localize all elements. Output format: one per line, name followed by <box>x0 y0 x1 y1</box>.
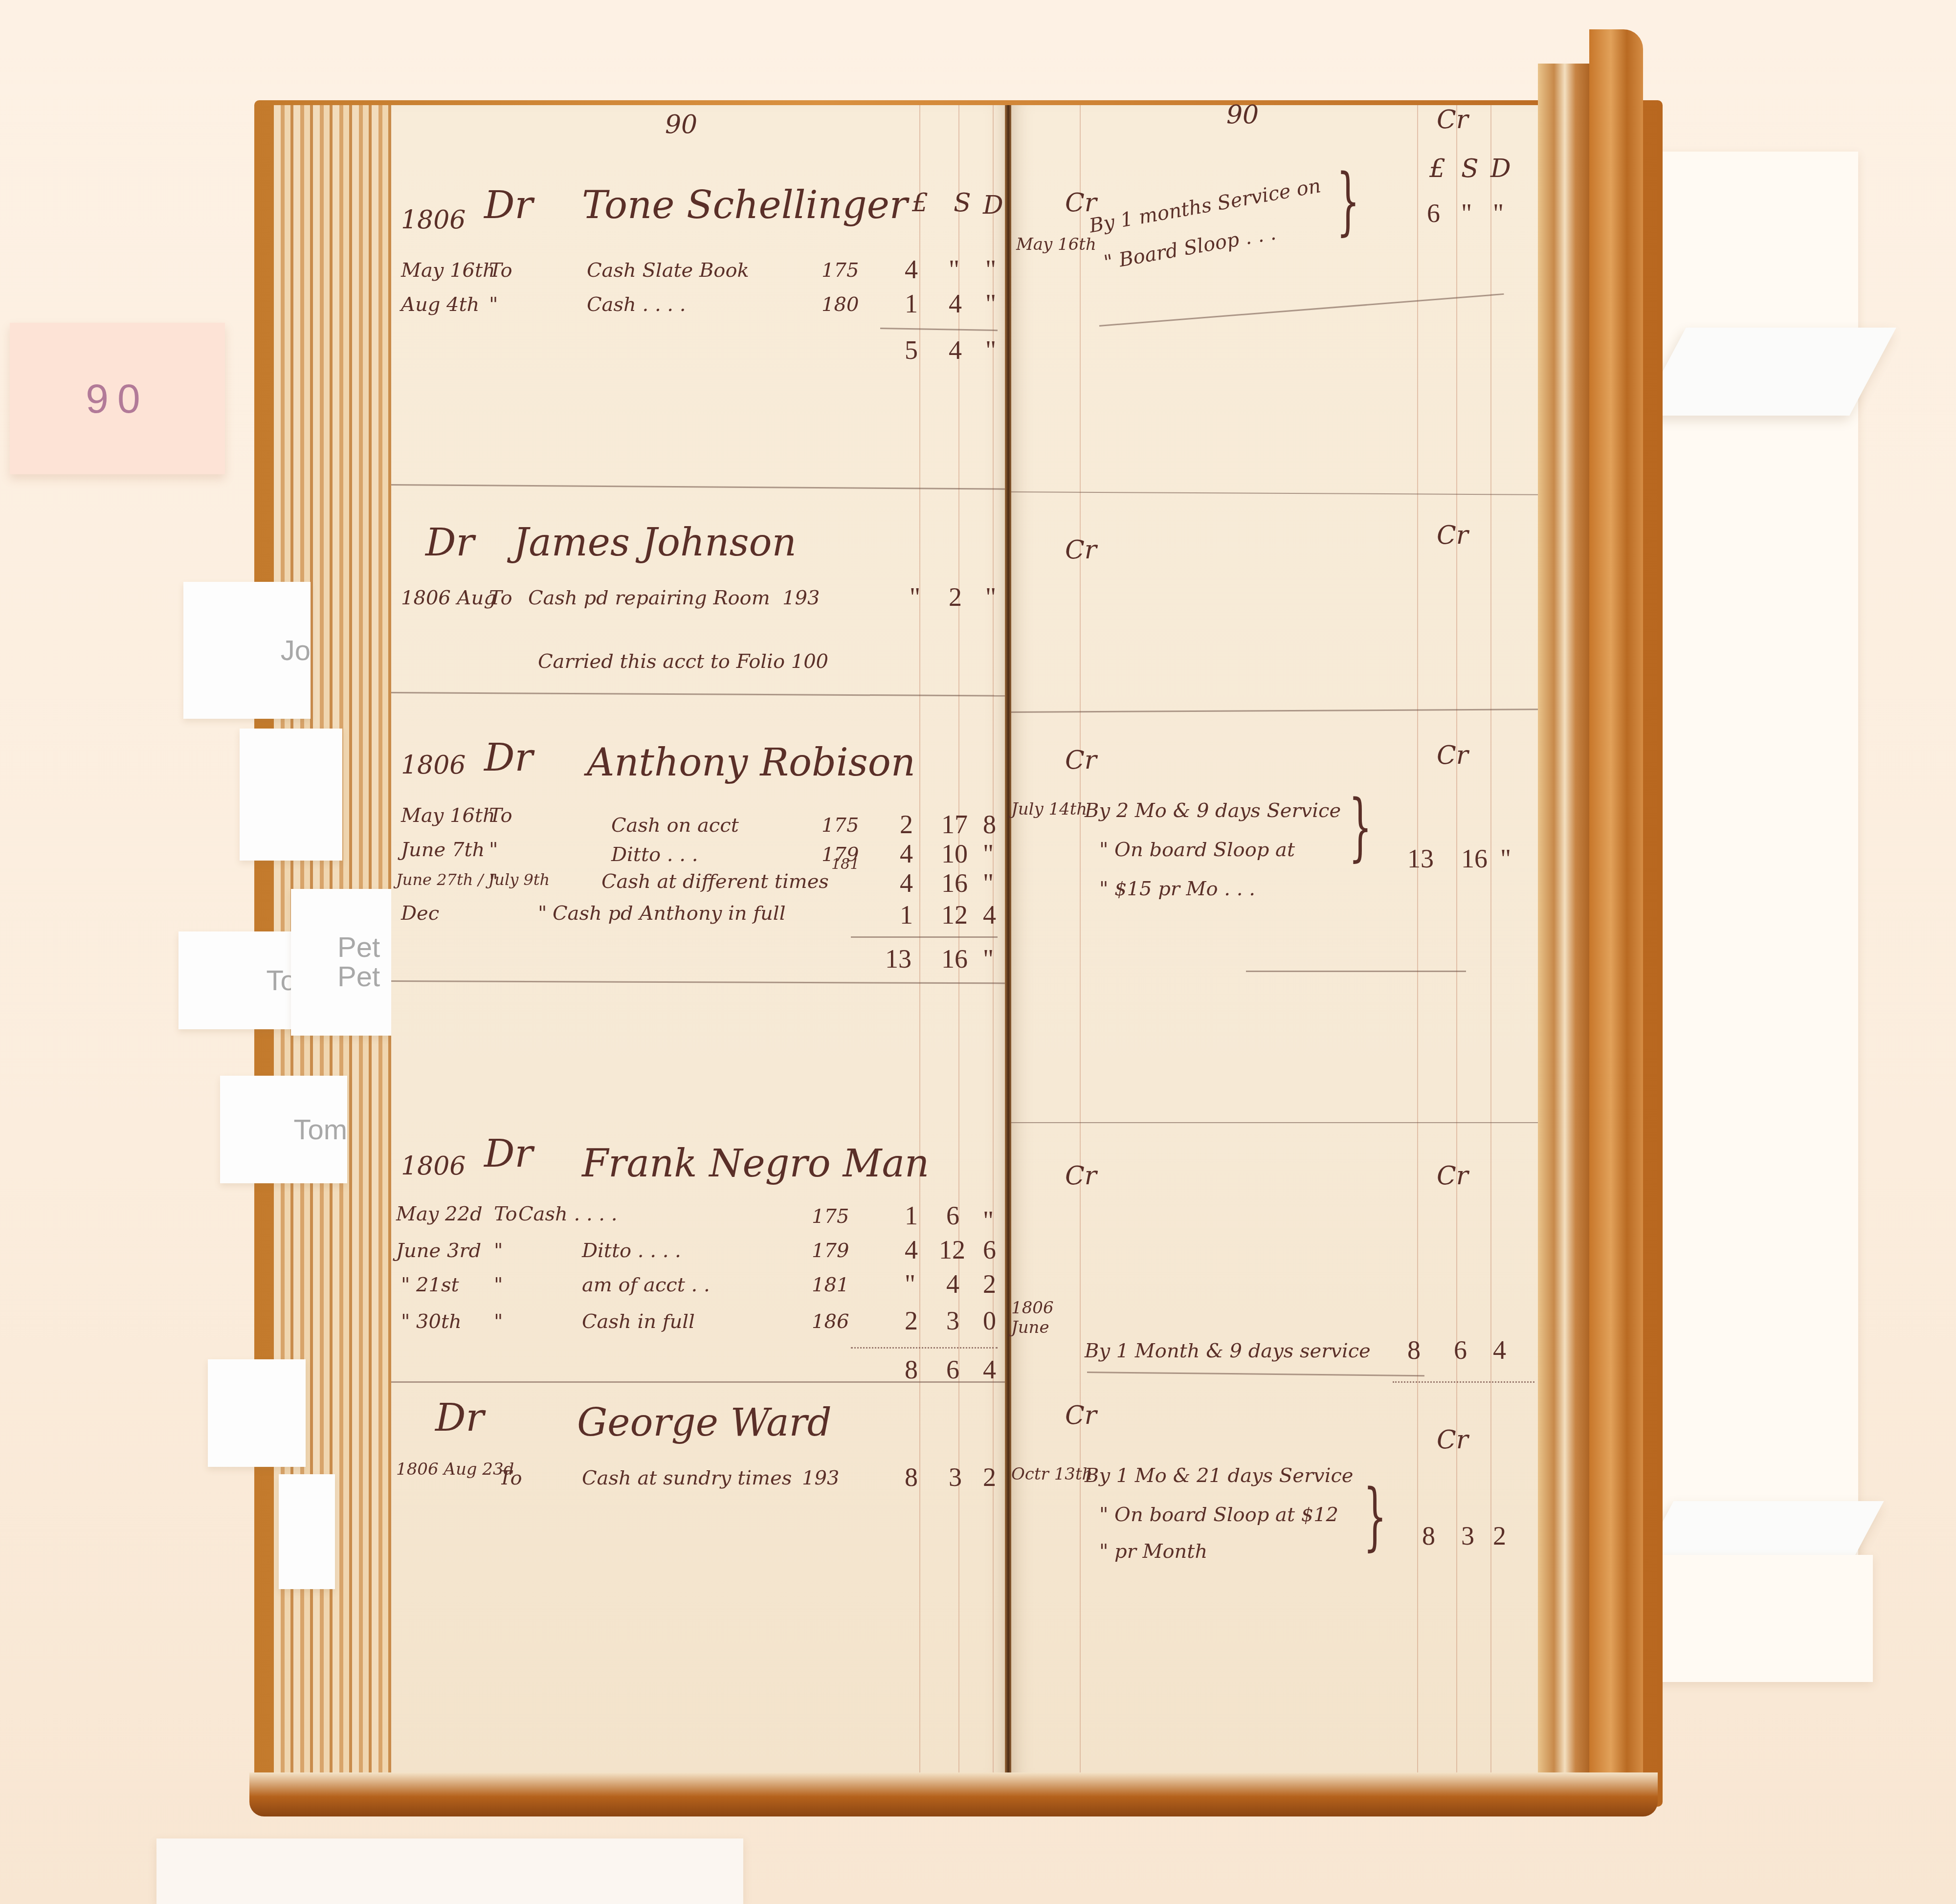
entry-pence: 4 <box>1493 1335 1506 1365</box>
brace: } <box>1336 159 1360 244</box>
entry-shillings: 12 <box>941 900 968 930</box>
entry-shillings: 6 <box>1454 1335 1467 1365</box>
entry-ref: " <box>494 1240 503 1262</box>
account-year: 1806 <box>401 205 466 235</box>
account-year: 1806 <box>401 1151 466 1181</box>
entry-folio: 181 <box>812 1274 849 1296</box>
entry-ref: " <box>489 870 498 893</box>
debit-label: Dr <box>484 183 533 227</box>
entry-description: Cash on acct <box>611 814 739 837</box>
account-separator <box>1087 1372 1424 1376</box>
entry-description-line: " On board Sloop at $12 <box>1099 1504 1338 1526</box>
book-gutter <box>1005 105 1012 1777</box>
entry-ref: To <box>499 1467 522 1489</box>
column-rule-shillings <box>1456 105 1457 1777</box>
entry-folio: 179 <box>812 1240 849 1262</box>
credit-label-left: Cr <box>1065 535 1097 565</box>
entry-shillings: " <box>949 254 959 285</box>
cradle-lower-panel <box>1628 1555 1873 1682</box>
total-rule <box>851 1347 998 1350</box>
book-bottom-edge <box>249 1772 1658 1816</box>
entry-date: " 30th <box>401 1310 462 1333</box>
header-pounds: £ <box>912 188 928 218</box>
ledger-page-right: 90 Cr Cr £ S D May 16th By 1 months Serv… <box>1011 105 1539 1777</box>
entry-shillings: " <box>1461 198 1472 228</box>
credit-label-left: Cr <box>1065 1401 1097 1430</box>
entry-shillings: 12 <box>939 1235 965 1265</box>
entry-pence: 2 <box>983 1462 996 1492</box>
ledger-page-left: 90 1806 Dr Tone Schellinger £ S D May 16… <box>391 105 1007 1777</box>
account-separator <box>391 980 1007 984</box>
entry-date: Dec <box>401 902 439 925</box>
entry-date: June 7th <box>401 839 485 861</box>
entry-pounds: 6 <box>1427 198 1440 228</box>
entry-pence: " <box>985 582 996 612</box>
total-pounds: 5 <box>905 335 918 365</box>
entry-pounds: 4 <box>900 839 913 869</box>
entry-date: June 3rd <box>396 1240 481 1262</box>
credit-label-right: Cr <box>1437 105 1468 134</box>
entry-pounds: 8 <box>905 1462 918 1492</box>
total-rule <box>851 936 998 938</box>
entry-pence: " <box>1493 198 1504 228</box>
entry-description: Cash . . . . <box>518 1203 617 1225</box>
entry-pounds: 1 <box>905 288 918 319</box>
account-separator <box>391 1381 1007 1383</box>
entry-ref: " <box>489 293 498 316</box>
column-rule-date <box>1080 105 1081 1777</box>
total-pounds: 13 <box>885 944 911 974</box>
entry-pence: 0 <box>983 1306 996 1336</box>
index-flag[interactable] <box>208 1359 306 1467</box>
entry-pounds: 1 <box>905 1200 918 1231</box>
header-shillings: S <box>954 188 971 218</box>
account-separator <box>391 692 1007 697</box>
entry-description-line: " $15 pr Mo . . . <box>1099 878 1255 900</box>
credit-label-left: Cr <box>1065 746 1097 775</box>
index-flag-label: Tom <box>293 1113 347 1146</box>
entry-date: 1806 June <box>1011 1298 1060 1337</box>
entry-folio: 180 <box>822 293 859 316</box>
total-rule <box>1246 971 1466 972</box>
entry-description-line: " pr Month <box>1099 1540 1207 1563</box>
entry-pounds: 2 <box>905 1306 918 1336</box>
entry-date: July 14th <box>1011 799 1087 819</box>
brace: } <box>1363 1474 1387 1559</box>
entry-description: Cash . . . . <box>587 293 686 316</box>
credit-label-left: Cr <box>1065 1161 1097 1191</box>
entry-date: Aug 4th <box>401 293 479 316</box>
index-flag[interactable] <box>279 1474 335 1589</box>
sticky-note-page-number: 90 <box>10 323 225 474</box>
entry-folio: 175 <box>822 259 859 282</box>
column-rule-pounds <box>1417 105 1418 1777</box>
entry-shillings: 4 <box>949 288 962 319</box>
entry-description: Cash at sundry times <box>582 1467 792 1489</box>
index-flag-label: Pet Pet <box>337 933 380 992</box>
account-separator <box>1011 491 1539 495</box>
account-name: George Ward <box>577 1401 832 1445</box>
entry-folio: 193 <box>782 587 820 609</box>
carry-forward-note: Carried this acct to Folio 100 <box>538 650 828 673</box>
entry-ref: " <box>494 1310 503 1333</box>
account-name: Anthony Robison <box>587 741 915 785</box>
header-shillings: S <box>1461 154 1479 183</box>
debit-label: Dr <box>484 1132 533 1176</box>
entry-ref: " <box>494 1274 503 1296</box>
entry-pence: " <box>985 254 996 285</box>
entry-description: Ditto . . . . <box>582 1240 681 1262</box>
entry-date: May 22d <box>396 1203 483 1225</box>
entry-ref: To <box>489 587 512 609</box>
entry-pounds: 4 <box>905 254 918 285</box>
entry-pounds: 2 <box>900 809 913 840</box>
account-year: 1806 <box>401 751 466 780</box>
leather-spine <box>1589 29 1643 1809</box>
index-flag-label: Jo <box>281 634 311 667</box>
entry-description-line: " On board Sloop at <box>1099 839 1295 861</box>
entry-shillings: 2 <box>949 582 962 612</box>
header-pounds: £ <box>1429 154 1445 183</box>
entry-shillings: 3 <box>949 1462 962 1492</box>
entry-pence: " <box>983 839 994 869</box>
entry-description: Cash Slate Book <box>587 259 749 282</box>
entry-folio: 193 <box>802 1467 839 1489</box>
entry-shillings: 17 <box>941 809 968 840</box>
entry-pence: " <box>983 1205 994 1236</box>
entry-description: Cash pd Anthony in full <box>553 902 785 925</box>
entry-pounds: 13 <box>1407 843 1434 874</box>
entry-pounds: " <box>910 582 920 612</box>
entry-date: May 16th <box>401 259 495 282</box>
entry-pence: 2 <box>983 1269 996 1299</box>
account-name: Frank Negro Man <box>582 1142 929 1186</box>
entry-pence: " <box>985 288 996 319</box>
account-name: Tone Schellinger <box>582 183 908 227</box>
entry-description-line: By 1 Mo & 21 days Service <box>1085 1464 1354 1487</box>
entry-pence: 4 <box>983 900 996 930</box>
entry-ref: " <box>489 839 498 861</box>
account-name: James Johnson <box>513 521 797 565</box>
entry-date: June 27th / July 9th <box>396 870 550 889</box>
entry-folio: 186 <box>812 1310 849 1333</box>
entry-folio: 175 <box>822 814 859 837</box>
entry-ref: " <box>538 902 547 925</box>
entry-folio: 175 <box>812 1205 849 1228</box>
index-flag[interactable]: Jo <box>183 582 311 719</box>
entry-pounds: 4 <box>905 1235 918 1265</box>
account-separator <box>1011 708 1539 713</box>
entry-ref: To <box>494 1203 517 1225</box>
index-flag[interactable]: Tom <box>220 1076 347 1183</box>
entry-shillings: 4 <box>946 1269 959 1299</box>
credit-label-right: Cr <box>1437 1425 1468 1455</box>
entry-pence: " <box>983 868 994 898</box>
index-flag[interactable]: Tor <box>178 931 306 1029</box>
entry-pounds: " <box>905 1269 915 1299</box>
sticky-note-label: 90 <box>86 375 149 422</box>
brace: } <box>1349 785 1372 870</box>
total-shillings: 6 <box>946 1354 959 1385</box>
entry-pence: " <box>1500 843 1511 874</box>
entry-pounds: 8 <box>1422 1521 1435 1551</box>
entry-folio: 181 <box>831 856 859 873</box>
total-pence: 4 <box>983 1354 996 1385</box>
header-pence: D <box>1490 154 1511 183</box>
photo-scene: 90 Jo Tor Pet Pet Tom 90 1806 Dr Tone Sc… <box>0 0 1956 1904</box>
entry-shillings: 3 <box>946 1306 959 1336</box>
lower-left-board <box>156 1838 743 1904</box>
account-separator <box>391 484 1007 490</box>
total-rule <box>1393 1381 1534 1384</box>
entry-ref: To <box>489 259 512 282</box>
total-rule <box>880 328 998 331</box>
debit-label: Dr <box>425 521 474 565</box>
entry-description-line: By 1 Month & 9 days service <box>1085 1340 1371 1362</box>
entry-description: Ditto . . . <box>611 843 698 866</box>
entry-pence: 2 <box>1493 1521 1506 1551</box>
folio-number: 90 <box>665 110 697 139</box>
entry-description: Cash at different times <box>601 870 829 893</box>
index-flag[interactable] <box>240 729 342 861</box>
entry-description: am of acct . . <box>582 1274 710 1296</box>
column-rule-pence <box>1490 105 1491 1777</box>
credit-label-right: Cr <box>1437 1161 1468 1191</box>
entry-pence: 6 <box>983 1235 996 1265</box>
entry-description: Cash in full <box>582 1310 695 1333</box>
total-pence: " <box>985 335 996 365</box>
total-shillings: 16 <box>941 944 968 974</box>
cancel-rule <box>1099 293 1504 327</box>
entry-shillings: 10 <box>941 839 968 869</box>
right-page-stack <box>1538 64 1592 1804</box>
entry-shillings: 16 <box>1461 843 1488 874</box>
entry-date: May 16th <box>1016 235 1096 254</box>
entry-pounds: 1 <box>900 900 913 930</box>
header-pence: D <box>983 191 1003 220</box>
credit-label-left: Cr <box>1065 188 1097 218</box>
folio-number: 90 <box>1226 100 1259 130</box>
entry-pounds: 8 <box>1407 1335 1421 1365</box>
total-shillings: 4 <box>949 335 962 365</box>
entry-description-line: By 2 Mo & 9 days Service <box>1085 799 1341 822</box>
entry-date: " 21st <box>401 1274 459 1296</box>
credit-label-right: Cr <box>1437 521 1468 550</box>
entry-pence: 8 <box>983 809 996 840</box>
entry-shillings: 3 <box>1461 1521 1474 1551</box>
entry-date: 1806 Aug 23d <box>396 1460 514 1479</box>
debit-label: Dr <box>484 736 533 780</box>
account-separator <box>1011 1122 1539 1123</box>
entry-pounds: 4 <box>900 868 913 898</box>
entry-shillings: 6 <box>946 1200 959 1231</box>
entry-description: Cash pd repairing Room <box>528 587 770 609</box>
entry-description-line: By 1 months Service on <box>1088 175 1323 238</box>
total-pounds: 8 <box>905 1354 918 1385</box>
entry-ref: To <box>489 804 512 827</box>
entry-shillings: 16 <box>941 868 968 898</box>
entry-date: Octr 13th <box>1011 1464 1092 1484</box>
entry-date: 1806 Aug <box>401 587 496 609</box>
entry-date: May 16th <box>401 804 495 827</box>
column-rule-pounds <box>919 105 920 1777</box>
debit-label: Dr <box>435 1396 484 1440</box>
total-pence: " <box>983 944 994 974</box>
credit-label-right: Cr <box>1437 741 1468 770</box>
